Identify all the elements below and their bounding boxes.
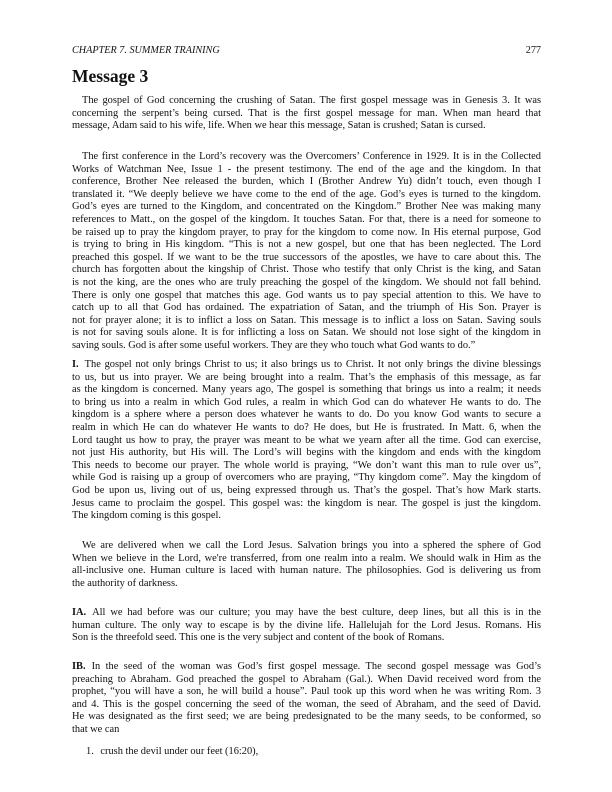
text-line: not for prayer alone; it is to inflict a… [72, 315, 541, 328]
point-label: IB. [72, 661, 86, 672]
text-line: The gospel of God concerning the crushin… [72, 95, 541, 108]
text-line: as the kingdom is concerned. Many years … [72, 384, 541, 397]
running-header: CHAPTER 7. SUMMER TRAINING 277 [72, 45, 541, 57]
text-line: that we can [72, 724, 541, 737]
text-line: human culture. The only way to escape is… [72, 620, 541, 633]
text-line: realm in which He can do whatever He wan… [72, 422, 541, 435]
text-line: and 4. This is the gospel concerning the… [72, 699, 541, 712]
paragraph-conference: The first conference in the Lord’s recov… [72, 151, 541, 353]
text-line: IA.All we had before was our culture; yo… [72, 607, 541, 620]
text-line: preaching to Abraham. God preached the g… [72, 674, 541, 687]
text-line: God’s eyes are turned to the Kingdom, an… [72, 201, 541, 214]
paragraph-delivered: We are delivered when we call the Lord J… [72, 540, 541, 590]
text-line: preached this gospel. If we want to be t… [72, 252, 541, 265]
text-line: while God is raising up a group of overc… [72, 472, 541, 485]
text-line: concerning the serpent’s being cursed. T… [72, 108, 541, 121]
paragraph-point-IB: IB.In the seed of the woman was God’s fi… [72, 661, 541, 737]
text-line: This needs to become our prayer. The who… [72, 460, 541, 473]
text-line: is trying to bring in His kingdom. “This… [72, 239, 541, 252]
text-line: Lord taught us how to pray, the prayer w… [72, 435, 541, 448]
text-line: all-inclusive one. Human culture is lace… [72, 565, 541, 578]
text-line: conference, Brother Nee released the bur… [72, 176, 541, 189]
text-line: I.The gospel not only brings Christ to u… [72, 359, 541, 372]
text-line: saving souls. God is after some useful w… [72, 340, 541, 353]
list-text: crush the devil under our feet (16:20), [100, 746, 258, 757]
text-line: to bring us into a realm in which God ru… [72, 397, 541, 410]
list-item: 1. crush the devil under our feet (16:20… [86, 746, 258, 757]
page-number: 277 [526, 45, 541, 56]
list-number: 1. [86, 746, 94, 757]
text-line: When we believe in the Lord, we're trans… [72, 553, 541, 566]
text-line: the authority of darkness. [72, 578, 541, 591]
text-line: God be upon us, living out of us, being … [72, 485, 541, 498]
text-line: to us, but us into prayer. We are being … [72, 372, 541, 385]
point-label: I. [72, 359, 79, 370]
text-line: The first conference in the Lord’s recov… [72, 151, 541, 164]
text-line: kingdom is a sphere where a person does … [72, 409, 541, 422]
text-line: be raised up to pray the kingdom prayer,… [72, 227, 541, 240]
text-line: He was designated as the first seed; we … [72, 711, 541, 724]
chapter-title: CHAPTER 7. SUMMER TRAINING [72, 45, 220, 56]
text-line: Jesus came to proclaim the gospel. This … [72, 498, 541, 511]
text-line: IB.In the seed of the woman was God’s fi… [72, 661, 541, 674]
text-line: Works of Watchman Nee, Issue 1 - the pre… [72, 164, 541, 177]
text-line: not just His authority, but His will. Th… [72, 447, 541, 460]
text-line: We are delivered when we call the Lord J… [72, 540, 541, 553]
text-line: church has forgotten about the kingship … [72, 264, 541, 277]
text-line: translated it. “We deeply believe we hav… [72, 189, 541, 202]
paragraph-point-IA: IA.All we had before was our culture; yo… [72, 607, 541, 645]
text-line: catch up to all that God has ordained. T… [72, 302, 541, 315]
text-line: is not for saving souls alone. It is for… [72, 327, 541, 340]
section-title: Message 3 [72, 66, 148, 87]
text-line: is not the king, are the ones who are tr… [72, 277, 541, 290]
text-line: Son is the threefold seed. This one is t… [72, 632, 541, 645]
paragraph-point-I: I.The gospel not only brings Christ to u… [72, 359, 541, 523]
text-line: prophet, “you will have a son, he will b… [72, 686, 541, 699]
text-line: The kingdom coming is this gospel. [72, 510, 541, 523]
text-line: message, Adam said to his wife, life. Wh… [72, 120, 541, 133]
paragraph-intro: The gospel of God concerning the crushin… [72, 95, 541, 133]
text-line: references to Matt., on the gospel of th… [72, 214, 541, 227]
text-line: There is only one gospel that matches th… [72, 290, 541, 303]
point-label: IA. [72, 607, 86, 618]
